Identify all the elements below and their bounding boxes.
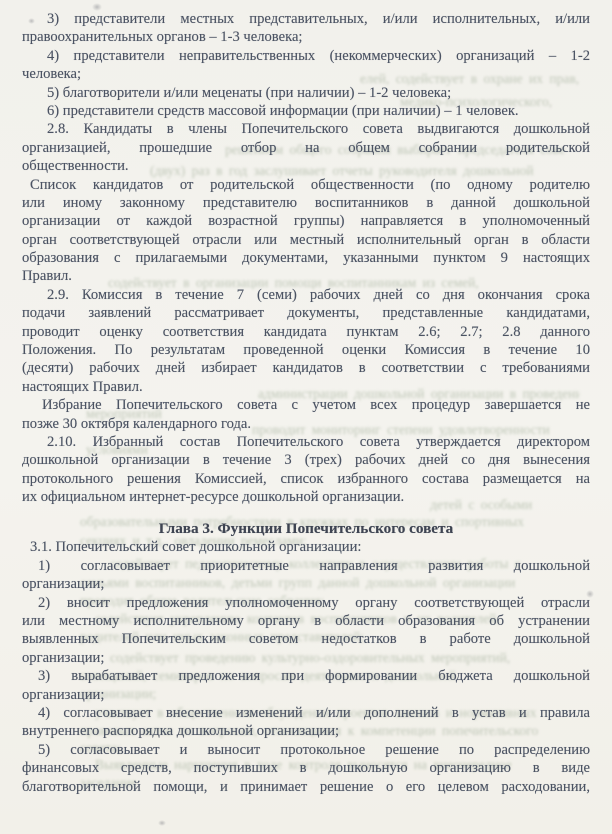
scan-smudge: [586, 590, 594, 598]
text-line: Положения. По результатам проведенной оц…: [22, 341, 590, 359]
text-line: человека;: [22, 65, 590, 83]
text-line: 3) вырабатывает предложения при формиров…: [22, 667, 590, 685]
text-line: дошкольной организации в течение 3 (трех…: [22, 451, 590, 469]
text-line: проводит оценку соответствия кандидата п…: [22, 323, 590, 341]
text-line: образования с прилагаемыми документами, …: [22, 249, 590, 267]
text-line: 4) представители неправительственных (не…: [22, 47, 590, 65]
scanned-document-page: елей, содействует в охране их прав,медик…: [0, 0, 612, 834]
text-line: настоящих Правил.: [22, 378, 590, 396]
text-line: Правил.: [22, 267, 590, 285]
text-line: Избрание Попечительского совета с учетом…: [22, 396, 590, 414]
scan-smudge: [28, 18, 35, 24]
text-line: 4) согласовывает внесение изменений и/ил…: [22, 704, 590, 722]
text-line: организации;: [22, 686, 590, 704]
text-line: 2.9. Комиссия в течение 7 (семи) рабочих…: [22, 286, 590, 304]
text-line: 2.8. Кандидаты в члены Попечительского с…: [22, 120, 590, 138]
text-line: выявленных Попечительским советом недост…: [22, 630, 590, 648]
text-line: подачи заявлений рассматривает документы…: [22, 304, 590, 322]
text-line: 3.1. Попечительский совет дошкольной орг…: [22, 538, 590, 556]
text-line: 6) представители средств массовой информ…: [22, 102, 590, 120]
text-line: организации от каждой возрастной группы)…: [22, 212, 590, 230]
text-line: благотворительной помощи, и принимает ре…: [22, 778, 590, 796]
text-line: (десяти) рабочих дней избирает кандидато…: [22, 359, 590, 377]
text-line: 1) согласовывает приоритетные направлени…: [22, 557, 590, 575]
text-line: 3) представители местных представительны…: [22, 10, 590, 28]
text-line: общественности.: [22, 157, 590, 175]
text-line: Список кандидатов от родительской общест…: [22, 176, 590, 194]
scan-smudge: [158, 820, 166, 826]
text-line: их официальном интернет-ресурсе дошкольн…: [22, 488, 590, 506]
text-line: 2.10. Избранный состав Попечительского с…: [22, 433, 590, 451]
chapter-heading: Глава 3. Функции Попечительского совета: [22, 520, 590, 538]
text-line: организацией, прошедшие отбор на общем с…: [22, 139, 590, 157]
text-line: организации;: [22, 649, 590, 667]
scan-smudge: [92, 3, 102, 11]
text-line: 5) согласовывает и выносит протокольное …: [22, 741, 590, 759]
text-line: протокольного решения Комиссией, список …: [22, 470, 590, 488]
text-line: внутреннего распорядка дошкольной органи…: [22, 722, 590, 740]
text-line: организации;: [22, 575, 590, 593]
text-layer: 3) представители местных представительны…: [22, 10, 590, 796]
text-line: или иному законному представителю воспит…: [22, 194, 590, 212]
text-line: финансовых средств, поступивших в дошкол…: [22, 759, 590, 777]
text-line: орган соответствующей отрасли или местны…: [22, 231, 590, 249]
text-line: позже 30 октября календарного года.: [22, 415, 590, 433]
text-line: 5) благотворители и/или меценаты (при на…: [22, 84, 590, 102]
text-line: или местному исполнительному органу в об…: [22, 612, 590, 630]
text-line: правоохранительных органов – 1-3 человек…: [22, 28, 590, 46]
text-line: 2) вносит предложения уполномоченному ор…: [22, 594, 590, 612]
